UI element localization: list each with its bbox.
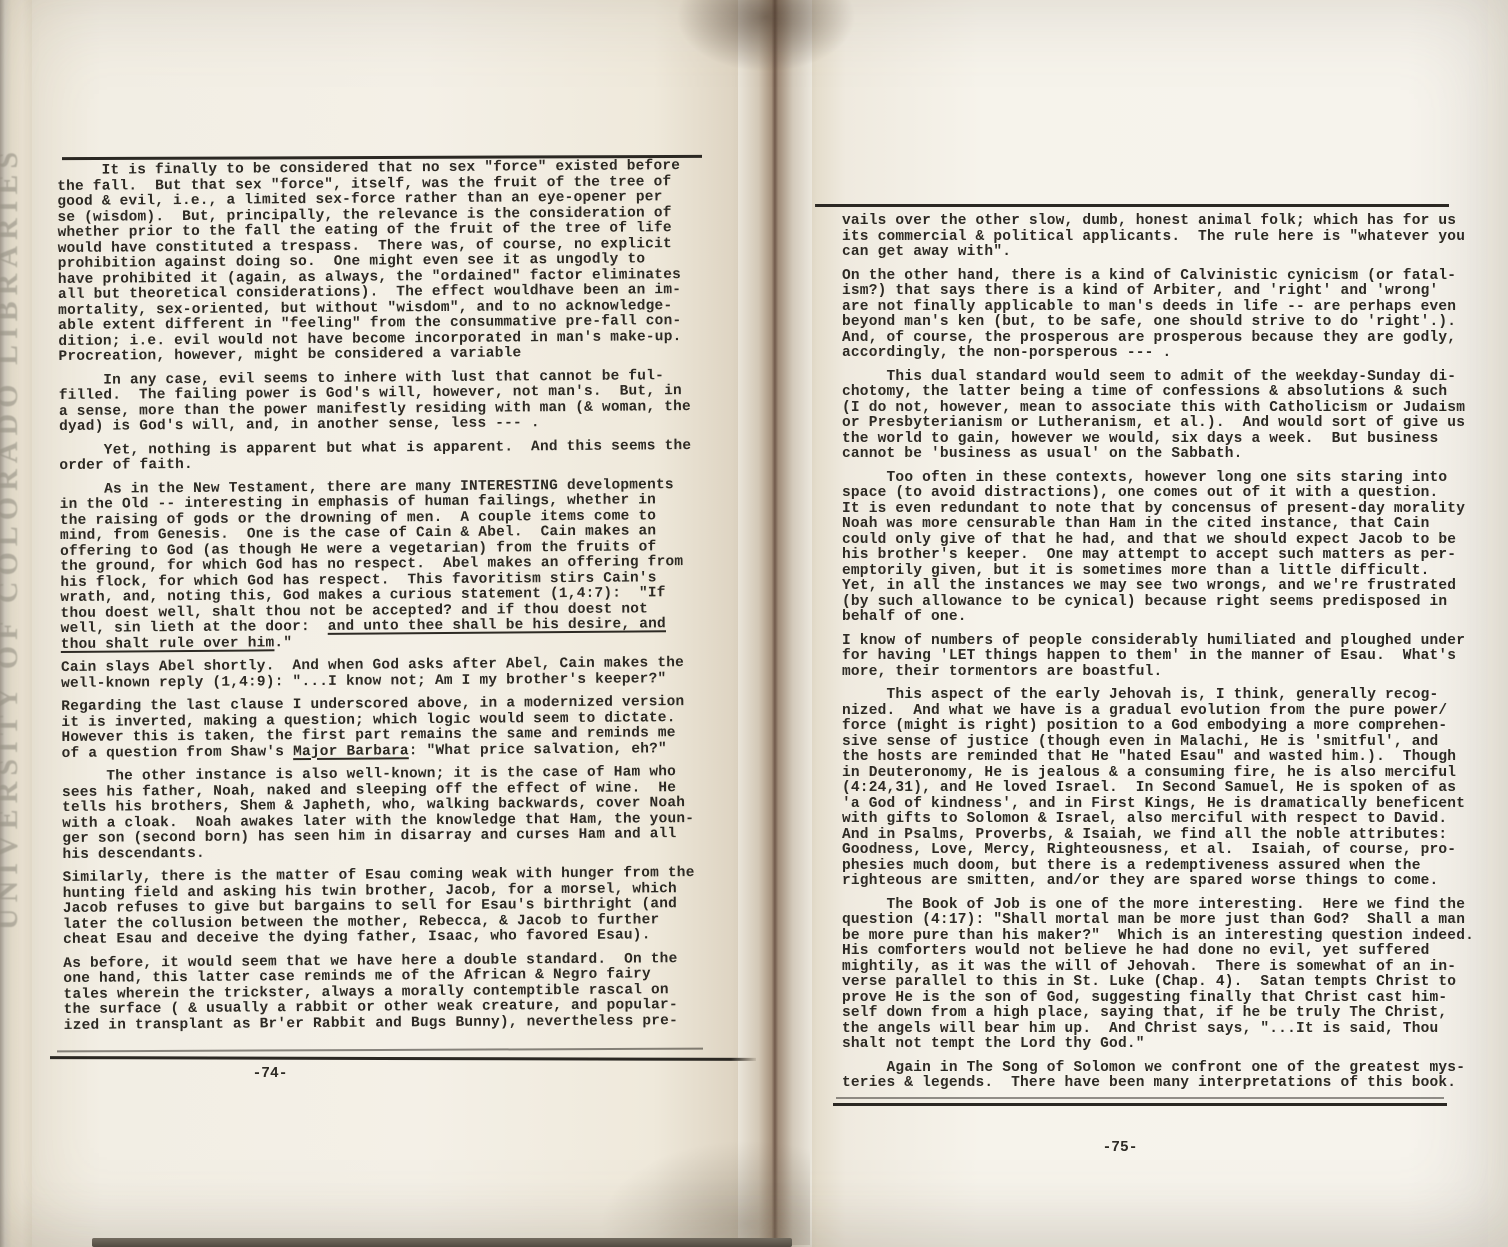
book-gutter-fold xyxy=(731,0,817,1247)
text-segment: In any case, evil seems to inhere with l… xyxy=(59,368,691,435)
text-segment: This dual standard would seem to admit o… xyxy=(842,369,1465,463)
paragraph: On the other hand, there is a kind of Ca… xyxy=(842,269,1492,362)
page-75-text: vails over the other slow, dumb, honest … xyxy=(842,214,1492,1100)
paragraph: This aspect of the early Jehovah is, I t… xyxy=(842,688,1492,890)
paragraph: Again in The Song of Solomon we confront… xyxy=(842,1061,1492,1092)
paragraph: The Book of Job is one of the more inter… xyxy=(842,898,1492,1053)
text-segment: vails over the other slow, dumb, honest … xyxy=(842,213,1465,260)
text-segment: I know of numbers of people considerably… xyxy=(842,633,1465,680)
page-75-number: -75- xyxy=(1075,1140,1165,1156)
text-segment: Cain slays Abel shortly. And when God as… xyxy=(61,655,684,691)
book-bottom-edge xyxy=(92,1238,792,1247)
paragraph: I know of numbers of people considerably… xyxy=(842,634,1492,681)
paragraph: Yet, nothing is apparent but what is app… xyxy=(59,438,709,474)
text-segment: : "What price salvation, eh?" xyxy=(409,741,667,759)
text-segment: This aspect of the early Jehovah is, I t… xyxy=(842,687,1465,889)
paragraph: vails over the other slow, dumb, honest … xyxy=(842,214,1492,261)
text-segment: On the other hand, there is a kind of Ca… xyxy=(842,268,1456,362)
paragraph: Regarding the last clause I underscored … xyxy=(61,695,711,762)
gutter-top-shadow xyxy=(676,0,856,72)
paragraph: The other instance is also well-known; i… xyxy=(62,765,713,863)
page-74-text: It is finally to be considered that no s… xyxy=(57,159,714,1042)
page-74-number: -74- xyxy=(225,1066,315,1082)
library-stamp: UNIVERSITY OF COLORADO LIBRARIES xyxy=(0,98,26,978)
paragraph: Too often in these contexts, however lon… xyxy=(842,471,1492,626)
text-segment: Yet, nothing is apparent but what is app… xyxy=(59,438,691,474)
paragraph: As in the New Testament, there are many … xyxy=(60,477,711,653)
book-spread-scan: UNIVERSITY OF COLORADO LIBRARIES It is f… xyxy=(0,0,1508,1247)
paragraph: Cain slays Abel shortly. And when God as… xyxy=(61,656,711,692)
text-segment: Too often in these contexts, however lon… xyxy=(842,470,1465,626)
bottom-gutter-shadow xyxy=(600,1140,810,1245)
text-segment: It is finally to be considered that no s… xyxy=(57,158,682,365)
paragraph: This dual standard would seem to admit o… xyxy=(842,370,1492,463)
page-75-bottom-rule xyxy=(833,1103,1447,1106)
text-segment: The other instance is also well-known; i… xyxy=(62,764,694,862)
paragraph: As before, it would seem that we have he… xyxy=(63,951,714,1034)
text-segment: The Book of Job is one of the more inter… xyxy=(842,897,1474,1053)
text-segment: Again in The Song of Solomon we confront… xyxy=(842,1060,1465,1092)
page-75-top-rule xyxy=(815,204,1449,207)
text-segment: As before, it would seem that we have he… xyxy=(63,951,678,1034)
page-75-bottom-rule-ghost xyxy=(836,1097,1444,1099)
paragraph: In any case, evil seems to inhere with l… xyxy=(59,368,709,435)
text-segment: As in the New Testament, there are many … xyxy=(59,477,683,637)
paragraph: It is finally to be considered that no s… xyxy=(57,159,709,366)
text-segment: ." xyxy=(274,635,292,651)
text-segment: Similarly, there is the matter of Esau c… xyxy=(63,865,695,948)
paragraph: Similarly, there is the matter of Esau c… xyxy=(63,866,714,949)
underlined-text-segment: Major Barbara xyxy=(293,743,409,760)
